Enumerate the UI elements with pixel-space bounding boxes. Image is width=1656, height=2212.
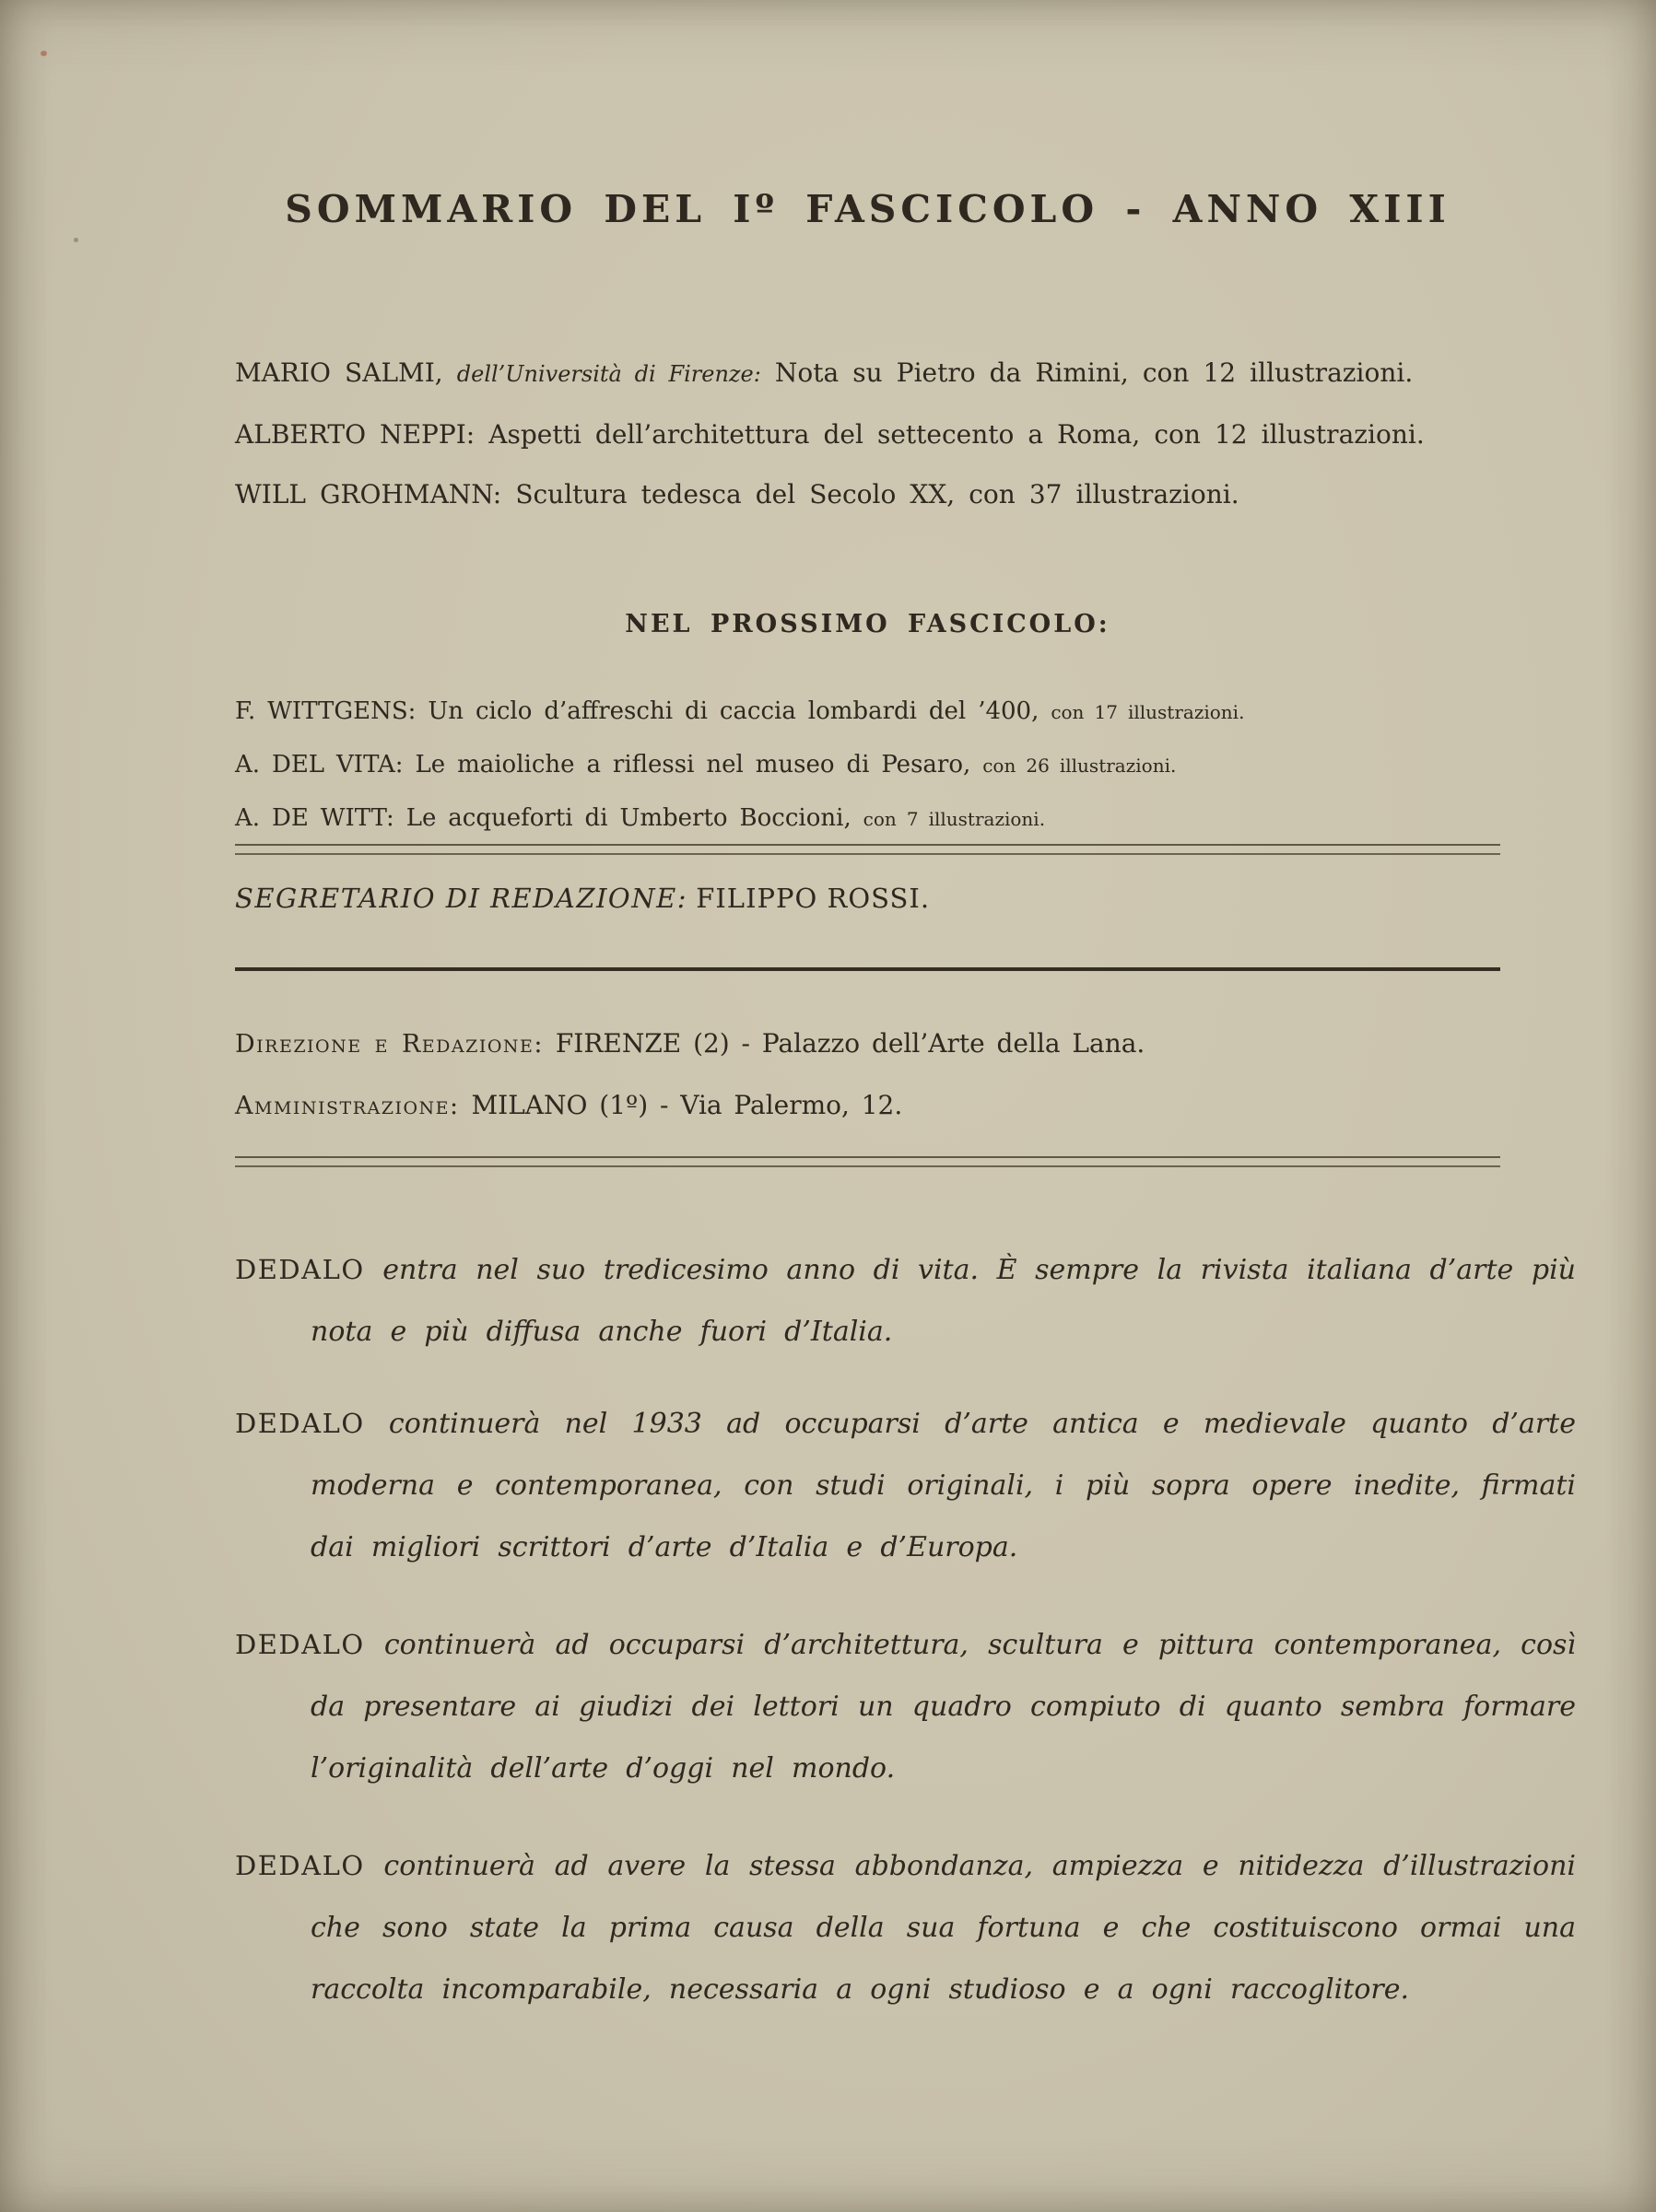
dedalo-wordmark: DEDALO [235,1254,365,1285]
address-value: FIRENZE (2) - Palazzo dell’Arte della La… [556,1028,1145,1059]
single-rule-divider [235,967,1500,971]
article-note: con 37 illustrazioni. [969,479,1239,509]
next-issue-author: A. DE WITT: [235,804,394,832]
address-block: Direzione e Redazione: FIRENZE (2) - Pal… [235,1013,1500,1137]
next-issue-title: Le acqueforti di Umberto Boccioni, [406,804,851,832]
promo-paragraph-text: entra nel suo tredicesimo anno di vita. … [311,1254,1576,1348]
secretary-label: SEGRETARIO DI REDAZIONE: [235,883,687,914]
next-issue-note: con 26 illustrazioni. [982,755,1176,777]
promo-paragraph: DEDALO continuerà nel 1933 ad occuparsi … [235,1393,1576,1578]
secretary-line: SEGRETARIO DI REDAZIONE: FILIPPO ROSSI. [235,883,1500,914]
page-title: SOMMARIO DEL Iº FASCICOLO - ANNO XIII [235,187,1500,231]
article-title: Nota su Pietro da Rimini, [775,357,1129,388]
article-author: MARIO SALMI, [235,357,443,388]
address-line: Amministrazione: MILANO (1º) - Via Paler… [235,1075,1500,1137]
article-title: Scultura tedesca del Secolo XX, [515,479,955,509]
paper-speck-dark [74,238,78,242]
article-list: MARIO SALMI, dell’Università di Firenze:… [235,343,1500,524]
address-value: MILANO (1º) - Via Palermo, 12. [471,1090,902,1120]
paper-speck-red [41,51,47,56]
next-issue-title: Le maioliche a riflessi nel museo di Pes… [415,751,970,778]
next-issue-note: con 17 illustrazioni. [1051,701,1244,723]
next-issue-note: con 7 illustrazioni. [863,808,1045,830]
article-entry: ALBERTO NEPPI: Aspetti dell’architettura… [235,404,1500,464]
next-issue-entry: F. WITTGENS: Un ciclo d’affreschi di cac… [235,685,1500,739]
promo-paragraph: DEDALO continuerà ad avere la stessa abb… [235,1835,1576,2020]
article-author: ALBERTO NEPPI: [235,419,475,450]
next-issue-author: F. WITTGENS: [235,697,416,725]
next-issue-author: A. DEL VITA: [235,751,404,778]
article-note: con 12 illustrazioni. [1154,419,1424,450]
next-issue-entry: A. DEL VITA: Le maioliche a riflessi nel… [235,739,1500,792]
next-issue-heading: NEL PROSSIMO FASCICOLO: [235,610,1500,638]
article-entry: WILL GROHMANN: Scultura tedesca del Seco… [235,464,1500,524]
promo-paragraph: DEDALO entra nel suo tredicesimo anno di… [235,1239,1576,1363]
double-rule-divider [235,1156,1500,1167]
article-affiliation: dell’Università di Firenze: [457,361,761,387]
article-note: con 12 illustrazioni. [1143,357,1413,388]
article-author: WILL GROHMANN: [235,479,501,509]
promo-paragraph: DEDALO continuerà ad occuparsi d’archite… [235,1614,1576,1799]
address-label: Amministrazione: [235,1092,460,1120]
promo-paragraph-text: continuerà nel 1933 ad occuparsi d’arte … [311,1408,1576,1563]
next-issue-title: Un ciclo d’affreschi di caccia lombardi … [428,697,1039,725]
dedalo-wordmark: DEDALO [235,1629,365,1660]
promo-paragraph-text: continuerà ad avere la stessa abbondanza… [311,1850,1576,2006]
address-line: Direzione e Redazione: FIRENZE (2) - Pal… [235,1013,1500,1075]
article-entry: MARIO SALMI, dell’Università di Firenze:… [235,343,1500,404]
double-rule-divider [235,844,1500,855]
article-title: Aspetti dell’architettura del settecento… [488,419,1140,450]
dedalo-wordmark: DEDALO [235,1408,365,1439]
dedalo-wordmark: DEDALO [235,1850,365,1881]
promo-paragraph-text: continuerà ad occuparsi d’architettura, … [311,1629,1576,1785]
next-issue-list: F. WITTGENS: Un ciclo d’affreschi di cac… [235,685,1500,846]
scanned-magazine-summary-page: SOMMARIO DEL Iº FASCICOLO - ANNO XIII MA… [0,0,1656,2212]
secretary-value: FILIPPO ROSSI. [696,883,930,914]
next-issue-entry: A. DE WITT: Le acqueforti di Umberto Boc… [235,792,1500,846]
address-label: Direzione e Redazione: [235,1030,544,1059]
